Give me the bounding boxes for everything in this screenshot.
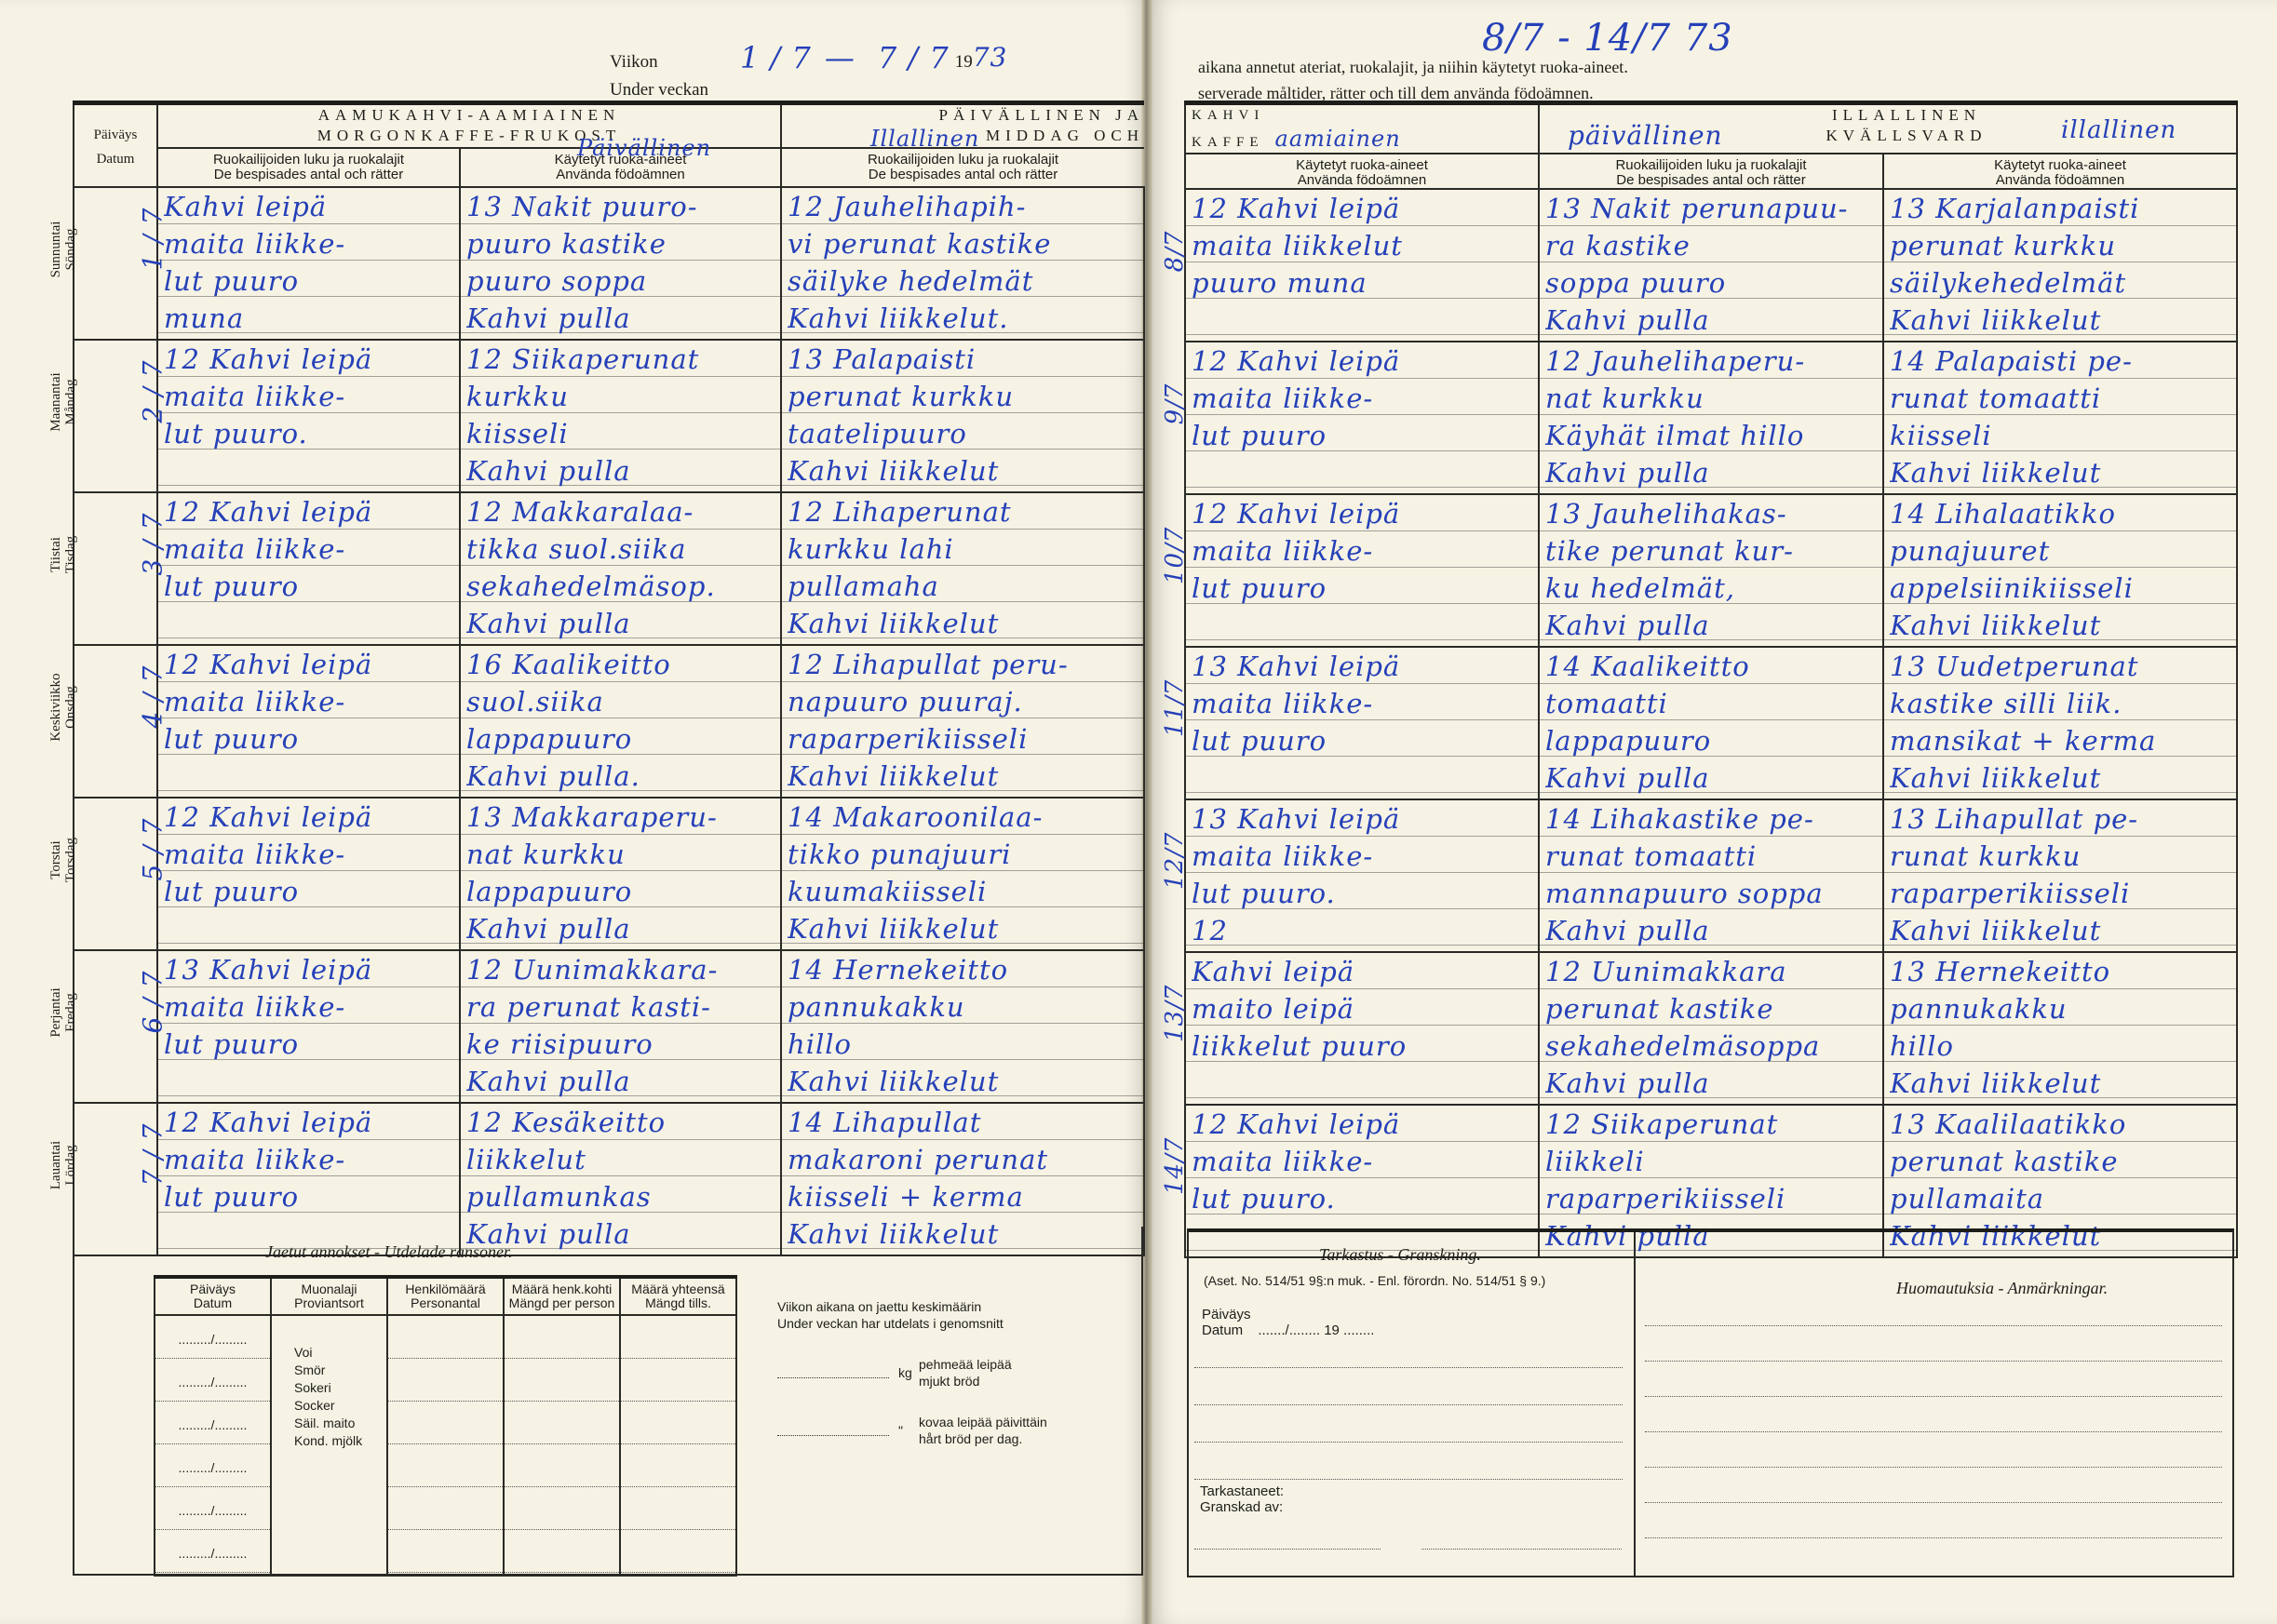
entry-lines: 13 Uudetperunatkastike silli liik.mansik…	[1884, 648, 2236, 799]
ration-value-field[interactable]	[388, 1487, 503, 1530]
handwritten-line: punajuuret	[1890, 532, 2230, 570]
handwritten-line: 13 Nakit perunapuu-	[1545, 190, 1877, 227]
handwritten-line: appelsiinikiisseli	[1890, 570, 2230, 607]
reviewers-fi: Tarkastaneet:	[1200, 1483, 1284, 1499]
week-heading: Viikon 1 / 7 — 7 / 7 19 73 Under veckan	[610, 45, 1007, 101]
handwritten-line: perunat kurkku	[788, 378, 1138, 415]
day-date-cell: SunnuntaiSöndag1 / 7	[74, 187, 157, 340]
column-sv: Datum	[157, 1296, 268, 1310]
year-suffix: 73	[973, 42, 1008, 73]
dinner-cell[interactable]: 13 Karjalanpaistiperunat kurkkusäilykehe…	[1883, 189, 2237, 342]
sub-dishes-fi: Ruokailijoiden luku ja ruokalajit	[158, 153, 459, 168]
handwritten-line: maita liikke-	[164, 225, 453, 262]
entry-lines: 12 Jauhelihaperu-nat kurkkuKäyhät ilmat …	[1540, 342, 1882, 493]
handwritten-line: lappapuuro	[1545, 722, 1877, 759]
handwritten-line: puuro kastike	[466, 225, 775, 262]
lunch-cell[interactable]: 12 Jauhelihaperu-nat kurkkuKäyhät ilmat …	[1539, 342, 1883, 494]
handwritten-line: sekahedelmäsop.	[466, 568, 775, 605]
sub-ingredients-fi: Käytetyt ruoka-aineet	[1884, 158, 2236, 173]
ration-value-field[interactable]	[505, 1444, 619, 1487]
ration-date-field[interactable]: ........./.........	[155, 1402, 270, 1444]
handwritten-line: 13 Jauhelihakas-	[1545, 495, 1877, 532]
entry-lines: Kahvi leipämaito leipäliikkelut puuro	[1186, 953, 1538, 1104]
column-sv: Mängd tills.	[623, 1296, 734, 1310]
handwritten-line: Kahvi pulla	[466, 605, 775, 642]
handwritten-line: Kahvi pulla.	[466, 758, 775, 795]
sub-dishes-sv: De bespisades antal och rätter	[1540, 173, 1882, 188]
day-name-fi: Tiistai	[48, 490, 63, 620]
week-dash: —	[825, 43, 856, 73]
entry-lines: 14 KaalikeittotomaattilappapuuroKahvi pu…	[1540, 648, 1882, 799]
lunch-cell[interactable]: 12 Uunimakkaraperunat kastikesekahedelmä…	[1539, 952, 1883, 1105]
handwritten-line: 12	[1192, 912, 1532, 949]
handwritten-line: 12 Jauhelihaperu-	[1545, 342, 1877, 380]
handwritten-line: puuro soppa	[466, 262, 775, 300]
lunch-cell[interactable]: 12 SiikaperunatkurkkukiisseliKahvi pulla	[460, 340, 781, 492]
week-end-date: 7 / 7	[878, 43, 950, 73]
review-section: Tarkastus - Granskning. (Aset. No. 514/5…	[1187, 1228, 2234, 1577]
handwritten-line: Kahvi liikkelut	[788, 758, 1138, 795]
handwritten-line: kiisseli + kerma	[788, 1178, 1138, 1215]
breakfast-cell[interactable]: Kahvi leipämaito leipäliikkelut puuro	[1185, 952, 1539, 1105]
entry-lines: 13 HernekeittopannukakkuhilloKahvi liikk…	[1884, 953, 2236, 1104]
entry-lines: 12 Kahvi leipämaita liikke-lut puuro	[158, 646, 459, 797]
review-title: Tarkastus - Granskning.	[1319, 1245, 1481, 1265]
remark-line[interactable]	[1645, 1431, 2222, 1432]
lunch-cell[interactable]: 12 Makkaralaa-tikka suol.siikasekahedelm…	[460, 492, 781, 645]
handwritten-line: 13 Kahvi leipä	[1192, 800, 1532, 838]
lunch-cell[interactable]: 13 Nakit puuro-puuro kastikepuuro soppaK…	[460, 187, 781, 340]
hard-bread-unit: "	[898, 1422, 919, 1439]
sub-dishes-sv: De bespisades antal och rätter	[782, 168, 1144, 182]
handwritten-line: Kahvi liikkelut	[788, 910, 1138, 947]
breakfast-cell[interactable]: Kahvi leipämaita liikke-lut puuromuna	[157, 187, 460, 340]
lunch-cell[interactable]: 13 Makkaraperu-nat kurkkulappapuuroKahvi…	[460, 798, 781, 950]
dinner-cell[interactable]: 14 HernekeittopannukakkuhilloKahvi liikk…	[781, 950, 1144, 1103]
ration-value-field[interactable]	[388, 1402, 503, 1444]
handwritten-line: tikko punajuuri	[788, 836, 1138, 873]
day-name: TiistaiTisdag	[48, 490, 78, 620]
entry-lines: 12 Kahvi leipämaita liikke-lut puuro	[158, 493, 459, 644]
reviewers: Tarkastaneet: Granskad av:	[1200, 1483, 1284, 1515]
entry-lines: 12 Lihaperunatkurkku lahipullamahaKahvi …	[782, 493, 1143, 644]
entry-lines: 14 Palapaisti pe-runat tomaattikiisseliK…	[1884, 342, 2236, 493]
handwritten-line: lut puuro	[164, 262, 453, 300]
ration-date-field[interactable]: ........./.........	[155, 1444, 270, 1487]
day-date: 11/7	[1161, 681, 1189, 737]
sub-header-dishes: Ruokailijoiden luku ja ruokalajit De bes…	[157, 148, 460, 187]
ration-provision-column: VoiSmörSokeriSockerSäil. maitoKond. mjöl…	[271, 1315, 387, 1576]
review-date-field[interactable]: ......./........ 19 ........	[1258, 1322, 1374, 1338]
provision-item: Sokeri	[294, 1379, 386, 1397]
review-date-fi: Päiväys	[1202, 1307, 1374, 1322]
ration-value-field[interactable]	[505, 1530, 619, 1573]
handwritten-line: maita liikke-	[1192, 685, 1532, 722]
right-meal-table: KAHVI KAFFE aamiainen päivällinen ILLALL…	[1184, 101, 2238, 1258]
day-name: MaanantaiMåndag	[48, 337, 78, 467]
column-fi: Muonalaji	[274, 1282, 384, 1296]
ration-value-field[interactable]	[621, 1402, 735, 1444]
handwritten-line: 12 Lihapullat peru-	[788, 646, 1138, 683]
ration-value-field[interactable]	[388, 1444, 503, 1487]
column-fi: Määrä yhteensä	[623, 1282, 734, 1296]
handwritten-line: muna	[164, 300, 453, 337]
breakfast-cell[interactable]: 12 Kahvi leipämaita liikke-lut puuro	[1185, 494, 1539, 647]
day-row: MaanantaiMåndag2 / 712 Kahvi leipämaita …	[74, 340, 1144, 492]
handwritten-line: maita liikke-	[164, 836, 453, 873]
handwritten-line: nat kurkku	[466, 836, 775, 873]
day-date: 13/7	[1161, 986, 1189, 1042]
dinner-fi: PÄIVÄLLINEN JA	[782, 105, 1144, 126]
review-date: Päiväys Datum ......./........ 19 ......…	[1202, 1307, 1374, 1338]
dinner-cell[interactable]: 14 Makaroonilaa-tikko punajuurikuumakiis…	[781, 798, 1144, 950]
ration-date-field[interactable]: ........./.........	[155, 1487, 270, 1530]
handwritten-line: pullamunkas	[466, 1178, 775, 1215]
day-row: 12 Kahvi leipämaita liikkelutpuuro muna1…	[1185, 189, 2237, 342]
remark-line[interactable]	[1645, 1537, 2222, 1538]
remarks-title: Huomautuksia - Anmärkningar.	[1896, 1279, 2108, 1298]
sub-header-ingredients-2: Käytetyt ruoka-aineet Använda födoämnen	[1883, 154, 2237, 189]
sub-dishes-fi: Ruokailijoiden luku ja ruokalajit	[782, 153, 1144, 168]
handwritten-line: Kahvi pulla	[466, 452, 775, 490]
dinner-cell[interactable]: 12 Lihaperunatkurkku lahipullamahaKahvi …	[781, 492, 1144, 645]
handwritten-line: vi perunat kastike	[788, 225, 1138, 262]
handwritten-line: 13 Karjalanpaisti	[1890, 190, 2230, 227]
ration-persons-column[interactable]	[387, 1315, 504, 1576]
remark-line[interactable]	[1645, 1396, 2222, 1397]
remark-line[interactable]	[1645, 1467, 2222, 1468]
remark-line[interactable]	[1645, 1502, 2222, 1503]
remark-line[interactable]	[1645, 1361, 2222, 1362]
day-name: SunnuntaiSöndag	[48, 184, 78, 315]
handwritten-line: maita liikke-	[164, 378, 453, 415]
day-name-fi: Lauantai	[48, 1100, 63, 1230]
handwritten-line: liikkelut puuro	[1192, 1027, 1532, 1065]
entry-lines: 13 Nakit puuro-puuro kastikepuuro soppaK…	[461, 188, 780, 339]
handwritten-line: mannapuuro soppa	[1545, 875, 1877, 912]
entry-lines: 13 Kahvi leipämaita liikke-lut puuro	[1186, 648, 1538, 799]
handwritten-line: suol.siika	[466, 683, 775, 720]
sub-ingredients-sv: Använda födoämnen	[1186, 173, 1538, 188]
average-line-fi: Viikon aikana on jaettu keskimäärin	[777, 1298, 1047, 1315]
handwritten-line: ra kastike	[1545, 227, 1877, 264]
ration-date-field[interactable]: ........./.........	[155, 1530, 270, 1573]
signature-line-1[interactable]	[1194, 1549, 1381, 1550]
day-row: Kahvi leipämaito leipäliikkelut puuro12 …	[1185, 952, 2237, 1105]
handwritten-line: 12 Kahvi leipä	[164, 646, 453, 683]
lunch-cell[interactable]: 13 Jauhelihakas-tike perunat kur-ku hede…	[1539, 494, 1883, 647]
left-meal-table: Päiväys Datum AAMUKAHVI-AAMIAINEN MORGON…	[73, 101, 1145, 1256]
day-name: KeskiviikkoOnsdag	[48, 642, 78, 772]
entry-lines: 12 Lihapullat peru-napuuro puuraj.raparp…	[782, 646, 1143, 797]
entry-lines: Kahvi leipämaita liikke-lut puuromuna	[158, 188, 459, 339]
handwritten-line: lut puuro	[1192, 722, 1532, 759]
day-date: 14/7	[1161, 1139, 1189, 1195]
handwritten-line: Kahvi pulla	[466, 300, 775, 337]
column-sv: Personantal	[390, 1296, 501, 1310]
handwritten-line: makaroni perunat	[788, 1141, 1138, 1178]
handwritten-line: taatelipuuro	[788, 415, 1138, 452]
handwritten-line: 12 Kahvi leipä	[1192, 495, 1532, 532]
lunch-cell[interactable]: 13 Nakit perunapuu-ra kastikesoppa puuro…	[1539, 189, 1883, 342]
handwritten-line: 12 Kahvi leipä	[164, 341, 453, 378]
handwritten-line: Kahvi liikkelut	[788, 605, 1138, 642]
ration-value-field[interactable]	[621, 1444, 735, 1487]
breakfast-header: AAMUKAHVI-AAMIAINEN MORGONKAFFE-FRUKOST …	[157, 103, 781, 148]
handwritten-line: perunat kastike	[1545, 990, 1877, 1027]
day-name-sv: Fredag	[63, 947, 78, 1078]
dinner-handwritten-note: Illallinen	[870, 126, 979, 152]
handwritten-line: 14 Lihapullat	[788, 1104, 1138, 1141]
breakfast-cell[interactable]: 12 Kahvi leipämaita liikke-lut puuro	[157, 492, 460, 645]
day-date: 8/7	[1161, 223, 1189, 279]
coffee-sv: KAFFE	[1192, 132, 1264, 153]
rations-table: PäiväysDatumMuonalajiProviantsortHenkilö…	[154, 1275, 737, 1577]
breakfast-cell[interactable]: 13 Kahvi leipämaita liikke-lut puuro	[157, 950, 460, 1103]
provision-item: Socker	[294, 1397, 386, 1415]
hard-bread-field[interactable]	[777, 1425, 889, 1436]
date-col-sv: Datum	[74, 152, 156, 167]
week-start-date: 1 / 7	[740, 43, 812, 73]
column-fi: Määrä henk.kohti	[506, 1282, 617, 1296]
provision-item: Smör	[294, 1362, 386, 1379]
ration-date-field[interactable]: ........./.........	[155, 1316, 270, 1359]
handwritten-line: 14 Hernekeitto	[788, 951, 1138, 988]
ration-date-field[interactable]: ........./.........	[155, 1359, 270, 1402]
day-row: TiistaiTisdag3 / 712 Kahvi leipämaita li…	[74, 492, 1144, 645]
handwritten-line: Kahvi liikkelut.	[788, 300, 1138, 337]
ration-total-column[interactable]	[620, 1315, 736, 1576]
handwritten-line: säilykehedelmät	[1890, 264, 2230, 302]
handwritten-line: Kahvi liikkelut	[1890, 759, 2230, 797]
entry-lines: 14 Lihakastike pe-runat tomaattimannapuu…	[1540, 800, 1882, 951]
entry-lines: 12 SiikaperunatkurkkukiisseliKahvi pulla	[461, 341, 780, 491]
handwritten-line: lut puuro	[1192, 570, 1532, 607]
entry-lines: 13 Nakit perunapuu-ra kastikesoppa puuro…	[1540, 190, 1882, 341]
provision-item: Kond. mjölk	[294, 1432, 386, 1450]
lunch-cell[interactable]: 16 Kaalikeittosuol.siikalappapuuroKahvi …	[460, 645, 781, 798]
handwritten-line: runat kurkku	[1890, 838, 2230, 875]
review-decree: (Aset. No. 514/51 9§:n muk. - Enl. föror…	[1204, 1273, 1545, 1288]
day-row: 12 Kahvi leipämaita liikke-lut puuro12 J…	[1185, 342, 2237, 494]
breakfast-cell[interactable]: 12 Kahvi leipämaita liikke-lut puuro.	[157, 340, 460, 492]
handwritten-line: 12 Kahvi leipä	[1192, 342, 1532, 380]
lunch-cell[interactable]: 14 KaalikeittotomaattilappapuuroKahvi pu…	[1539, 647, 1883, 799]
handwritten-line: 12 Kahvi leipä	[1192, 190, 1532, 227]
handwritten-line: 12 Siikaperunat	[466, 341, 775, 378]
handwritten-line: maita liikke-	[1192, 838, 1532, 875]
sub-header-dinner-dishes: Ruokailijoiden luku ja ruokalajit De bes…	[781, 148, 1144, 187]
ration-column-header: MuonalajiProviantsort	[271, 1277, 387, 1315]
handwritten-line: Kahvi liikkelut	[1890, 1065, 2230, 1102]
handwritten-line: Kahvi pulla	[1545, 759, 1877, 797]
right-subtitle: aikana annetut ateriat, ruokalajit, ja n…	[1198, 54, 1628, 106]
handwritten-line: maita liikke-	[164, 1141, 453, 1178]
handwritten-line: 12 Kahvi leipä	[164, 1104, 453, 1141]
handwritten-line: liikkeli	[1545, 1143, 1877, 1180]
handwritten-line: Kahvi liikkelut	[1890, 302, 2230, 339]
entry-lines: 14 Makaroonilaa-tikko punajuurikuumakiis…	[782, 799, 1143, 949]
weekly-average-block: Viikon aikana on jaettu keskimäärin Unde…	[777, 1298, 1047, 1447]
day-row: PerjantaiFredag6 / 713 Kahvi leipämaita …	[74, 950, 1144, 1103]
entry-lines: 14 Lihalaatikkopunajuuretappelsiinikiiss…	[1884, 495, 2236, 646]
handwritten-line: pannukakku	[1890, 990, 2230, 1027]
handwritten-line: pannukakku	[788, 988, 1138, 1026]
ration-column-header: Määrä yhteensäMängd tills.	[620, 1277, 736, 1315]
handwritten-line: kiisseli	[1890, 417, 2230, 454]
lunch-cell[interactable]: 12 Uunimakkara-ra perunat kasti-ke riisi…	[460, 950, 781, 1103]
handwritten-line: Kahvi liikkelut	[1890, 912, 2230, 949]
ration-per-person-column[interactable]	[504, 1315, 620, 1576]
handwritten-line: hillo	[788, 1026, 1138, 1063]
handwritten-line: Kahvi liikkelut	[788, 452, 1138, 490]
day-date-cell: TorstaiTorsdag5 / 7	[74, 798, 157, 950]
hard-bread-sv: hårt bröd per dag.	[919, 1430, 1047, 1447]
handwritten-line: maita liikke-	[164, 988, 453, 1026]
handwritten-line: lut puuro	[164, 568, 453, 605]
dinner-header: PÄIVÄLLINEN JA MIDDAG OCH Illallinen	[781, 103, 1144, 148]
ration-date-column: ........./................../...........…	[155, 1315, 271, 1576]
dinner-cell[interactable]: 13 Palapaistiperunat kurkkutaatelipuuroK…	[781, 340, 1144, 492]
handwritten-line: Kahvi pulla	[1545, 912, 1877, 949]
handwritten-line: maita liikke-	[1192, 532, 1532, 570]
breakfast-handwritten-note: Päivällinen	[577, 135, 711, 161]
coffee-header: KAHVI KAFFE aamiainen	[1185, 103, 1539, 154]
handwritten-line: 13 Lihapullat pe-	[1890, 800, 2230, 838]
entry-lines: 13 Jauhelihakas-tike perunat kur-ku hede…	[1540, 495, 1882, 646]
handwritten-line: kuumakiisseli	[788, 873, 1138, 910]
breakfast-cell[interactable]: 12 Kahvi leipämaita liikke-lut puuro	[157, 798, 460, 950]
dinner-cell[interactable]: 13 Uudetperunatkastike silli liik.mansik…	[1883, 647, 2237, 799]
day-row: SunnuntaiSöndag1 / 7Kahvi leipämaita lii…	[74, 187, 1144, 340]
hard-bread-row: " kovaa leipää päivittäin hårt bröd per …	[777, 1414, 1047, 1447]
ration-value-field[interactable]	[621, 1316, 735, 1359]
handwritten-line: Kahvi leipä	[1192, 953, 1532, 990]
handwritten-line: raparperikiisseli	[1545, 1180, 1877, 1217]
handwritten-line: 12 Siikaperunat	[1545, 1106, 1877, 1143]
entry-lines: 12 Uunimakkaraperunat kastikesekahedelmä…	[1540, 953, 1882, 1104]
sub-dishes-sv: De bespisades antal och rätter	[158, 168, 459, 182]
handwritten-line: maita liikkelut	[1192, 227, 1532, 264]
entry-lines: 12 Kahvi leipämaita liikke-lut puuro.	[158, 341, 459, 491]
breakfast-cell[interactable]: 12 Kahvi leipämaita liikke-lut puuro	[1185, 342, 1539, 494]
column-fi: Päiväys	[157, 1282, 268, 1296]
ration-value-field[interactable]	[505, 1359, 619, 1402]
handwritten-line: 13 Makkaraperu-	[466, 799, 775, 836]
dinner-cell[interactable]: 14 Palapaisti pe-runat tomaattikiisseliK…	[1883, 342, 2237, 494]
handwritten-line: Kahvi pulla	[1545, 302, 1877, 339]
entry-lines: 12 Kahvi leipämaita liikkelutpuuro muna	[1186, 190, 1538, 341]
handwritten-line: 12 Kahvi leipä	[164, 493, 453, 530]
lunch-handwritten-note: päivällinen	[1568, 120, 1723, 151]
handwritten-line: 12 Uunimakkara-	[466, 951, 775, 988]
day-name-sv: Söndag	[63, 184, 78, 315]
review-date-sv: Datum	[1202, 1322, 1243, 1338]
handwritten-line: 13 Uudetperunat	[1890, 648, 2230, 685]
day-date: 9/7	[1161, 376, 1189, 432]
signature-line-2[interactable]	[1421, 1549, 1622, 1550]
ration-value-field[interactable]	[505, 1316, 619, 1359]
dinner-cell[interactable]: 13 HernekeittopannukakkuhilloKahvi liikk…	[1883, 952, 2237, 1105]
remark-line[interactable]	[1645, 1325, 2222, 1326]
year-prefix: 19	[955, 52, 973, 73]
ration-column-header: HenkilömääräPersonantal	[387, 1277, 504, 1315]
day-name: PerjantaiFredag	[48, 947, 78, 1078]
dinner-cell[interactable]: 13 Lihapullat pe-runat kurkkuraparperiki…	[1883, 799, 2237, 952]
ration-value-field[interactable]	[621, 1530, 735, 1573]
handwritten-line: lut puuro	[164, 720, 453, 758]
review-panel: Tarkastus - Granskning. (Aset. No. 514/5…	[1189, 1232, 1636, 1576]
handwritten-line: liikkelut	[466, 1141, 775, 1178]
handwritten-line: säilyke hedelmät	[788, 262, 1138, 300]
handwritten-line: 13 Hernekeitto	[1890, 953, 2230, 990]
handwritten-line: soppa puuro	[1545, 264, 1877, 302]
breakfast-cell[interactable]: 13 Kahvi leipämaita liikke-lut puuro	[1185, 647, 1539, 799]
day-name-sv: Lördag	[63, 1100, 78, 1230]
sub-ingredients-sv: Använda födoämnen	[1884, 173, 2236, 188]
dinner-cell[interactable]: 12 Lihapullat peru-napuuro puuraj.raparp…	[781, 645, 1144, 798]
ration-value-field[interactable]	[388, 1359, 503, 1402]
day-name-fi: Keskiviikko	[48, 642, 63, 772]
soft-bread-row: kg pehmeää leipää mjukt bröd	[777, 1356, 1047, 1389]
provision-item: Säil. maito	[294, 1415, 386, 1432]
dinner-cell[interactable]: 14 Lihalaatikkopunajuuretappelsiinikiiss…	[1883, 494, 2237, 647]
day-date-cell: TiistaiTisdag3 / 7	[74, 492, 157, 645]
handwritten-line: Käyhät ilmat hillo	[1545, 417, 1877, 454]
handwritten-line: lut puuro	[164, 1026, 453, 1063]
handwritten-line: 12 Jauhelihapih-	[788, 188, 1138, 225]
ration-value-field[interactable]	[621, 1487, 735, 1530]
soft-bread-field[interactable]	[777, 1367, 889, 1378]
week-label-sv: Under veckan	[610, 80, 731, 101]
soft-bread-unit: kg	[898, 1364, 919, 1381]
handwritten-line: Kahvi liikkelut	[788, 1063, 1138, 1100]
day-date-cell: MaanantaiMåndag2 / 7	[74, 340, 157, 492]
handwritten-line: 14 Makaroonilaa-	[788, 799, 1138, 836]
week-label-fi: Viikon	[610, 52, 731, 73]
handwritten-line: raparperikiisseli	[788, 720, 1138, 758]
handwritten-line: maita liikke-	[164, 530, 453, 568]
day-row: 13 Kahvi leipämaita liikke-lut puuro.121…	[1185, 799, 2237, 952]
sub-header-ingredients: Käytetyt ruoka-aineet Använda födoämnen	[1185, 154, 1539, 189]
ration-value-field[interactable]	[505, 1487, 619, 1530]
dinner-cell[interactable]: 12 Jauhelihapih-vi perunat kastikesäilyk…	[781, 187, 1144, 340]
breakfast-cell[interactable]: 13 Kahvi leipämaita liikke-lut puuro.12	[1185, 799, 1539, 952]
lunch-cell[interactable]: 14 Lihakastike pe-runat tomaattimannapuu…	[1539, 799, 1883, 952]
ration-value-field[interactable]	[505, 1402, 619, 1444]
handwritten-line: lappapuuro	[466, 873, 775, 910]
ration-value-field[interactable]	[621, 1359, 735, 1402]
handwritten-line: tomaatti	[1545, 685, 1877, 722]
handwritten-line: Kahvi liikkelut	[1890, 607, 2230, 644]
day-name-fi: Torstai	[48, 795, 63, 925]
rations-title: Jaetut annokset - Utdelade ransoner.	[265, 1242, 512, 1262]
breakfast-cell[interactable]: 12 Kahvi leipämaita liikkelutpuuro muna	[1185, 189, 1539, 342]
day-name-sv: Torsdag	[63, 795, 78, 925]
handwritten-line: Kahvi pulla	[1545, 1065, 1877, 1102]
day-name-sv: Måndag	[63, 337, 78, 467]
entry-lines: 12 Makkaralaa-tikka suol.siikasekahedelm…	[461, 493, 780, 644]
handwritten-line: perunat kurkku	[1890, 227, 2230, 264]
handwritten-line: raparperikiisseli	[1890, 875, 2230, 912]
breakfast-cell[interactable]: 12 Kahvi leipämaita liikke-lut puuro	[157, 645, 460, 798]
handwritten-line: perunat kastike	[1890, 1143, 2230, 1180]
handwritten-line: lut puuro	[164, 873, 453, 910]
ration-value-field[interactable]	[388, 1530, 503, 1573]
handwritten-line: Kahvi pulla	[466, 1063, 775, 1100]
handwritten-line: napuuro puuraj.	[788, 683, 1138, 720]
ration-value-field[interactable]	[388, 1316, 503, 1359]
